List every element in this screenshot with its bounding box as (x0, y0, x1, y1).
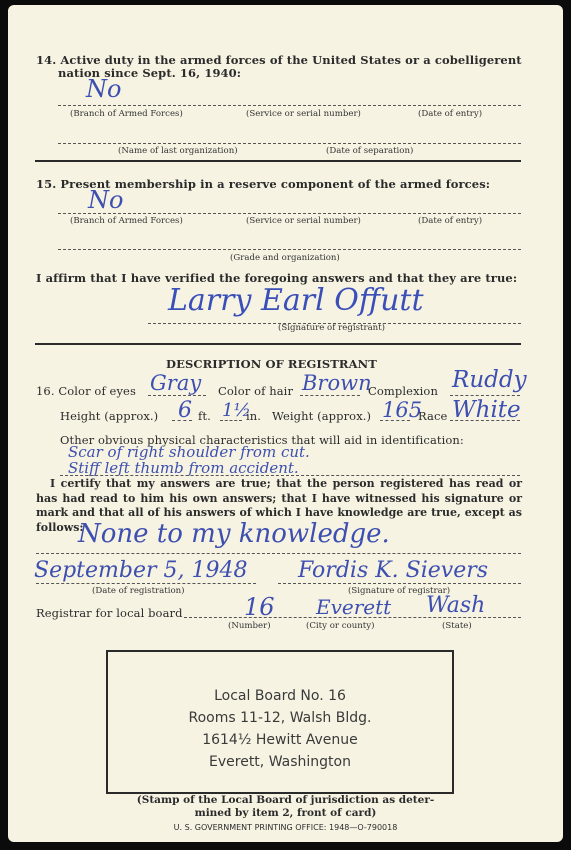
board-state-value: Wash (426, 593, 485, 618)
section-divider (35, 343, 521, 345)
section-divider (35, 160, 521, 162)
date-label: (Date of registration) (92, 586, 185, 596)
registrant-signature: Larry Earl Offutt (168, 283, 424, 318)
eyes-value: Gray (150, 371, 201, 395)
dotted-line (58, 143, 521, 144)
description-heading: DESCRIPTION OF REGISTRANT (166, 357, 377, 371)
hair-label: Color of hair (218, 384, 293, 398)
last-org-label: (Name of last organization) (118, 146, 238, 156)
dotted-line (380, 420, 410, 421)
grade-org-label: (Grade and organization) (230, 253, 340, 263)
entry-date-label: (Date of entry) (418, 216, 482, 226)
board-city-value: Everett (316, 595, 391, 619)
registration-date-value: September 5, 1948 (34, 558, 247, 583)
registrar-signature: Fordis K. Sievers (298, 558, 488, 583)
hair-value: Brown (302, 371, 372, 395)
dotted-line (58, 213, 521, 214)
dotted-line (148, 395, 206, 396)
branch-label: (Branch of Armed Forces) (70, 216, 183, 226)
serial-label: (Service or serial number) (246, 216, 361, 226)
item15-answer: No (88, 186, 123, 214)
entry-date-label: (Date of entry) (418, 109, 482, 119)
weight-value: 165 (382, 398, 422, 422)
dotted-line (58, 249, 521, 250)
height-label: Height (approx.) (60, 409, 158, 423)
stamp-line-street: 1614½ Hewitt Avenue (108, 732, 452, 748)
separation-date-label: (Date of separation) (326, 146, 413, 156)
weight-label: Weight (approx.) (272, 409, 371, 423)
dotted-line (58, 105, 521, 106)
dotted-line (184, 617, 521, 618)
stamp-line-rooms: Rooms 11-12, Walsh Bldg. (108, 710, 452, 726)
dotted-line (60, 475, 520, 476)
dotted-line (450, 395, 520, 396)
race-label: Race (418, 409, 447, 423)
city-label: (City or county) (306, 621, 374, 631)
in-label: in. (246, 409, 261, 423)
number-label: (Number) (228, 621, 271, 631)
ft-label: ft. (198, 409, 211, 423)
local-board-label: Registrar for local board (36, 606, 183, 620)
dotted-line (220, 420, 242, 421)
stamp-line-city: Everett, Washington (108, 754, 452, 770)
dotted-line (300, 395, 360, 396)
serial-label: (Service or serial number) (246, 109, 361, 119)
registrar-signature-line (278, 583, 521, 584)
dotted-line (36, 553, 521, 554)
eyes-label: 16. Color of eyes (36, 384, 136, 398)
item14-answer: No (86, 75, 121, 103)
date-line (36, 583, 256, 584)
registration-card-back: 14. Active duty in the armed forces of t… (8, 5, 563, 842)
dotted-line (450, 420, 520, 421)
stamp-line-board: Local Board No. 16 (108, 688, 452, 704)
local-board-stamp: Local Board No. 16 Rooms 11-12, Walsh Bl… (106, 650, 454, 794)
state-label: (State) (442, 621, 472, 631)
signature-label: (Signature of registrant) (278, 323, 385, 333)
stamp-caption-line2: mined by item 2, front of card) (8, 807, 563, 820)
stamp-caption-line1: (Stamp of the Local Board of jurisdictio… (8, 794, 563, 807)
dotted-line (172, 420, 192, 421)
item14-question: 14. Active duty in the armed forces of t… (36, 53, 522, 67)
branch-label: (Branch of Armed Forces) (70, 109, 183, 119)
printing-office-note: U. S. GOVERNMENT PRINTING OFFICE: 1948—O… (8, 823, 563, 832)
complexion-value: Ruddy (452, 367, 527, 393)
complexion-label: Complexion (368, 384, 438, 398)
exceptions-value: None to my knowledge. (78, 519, 390, 549)
